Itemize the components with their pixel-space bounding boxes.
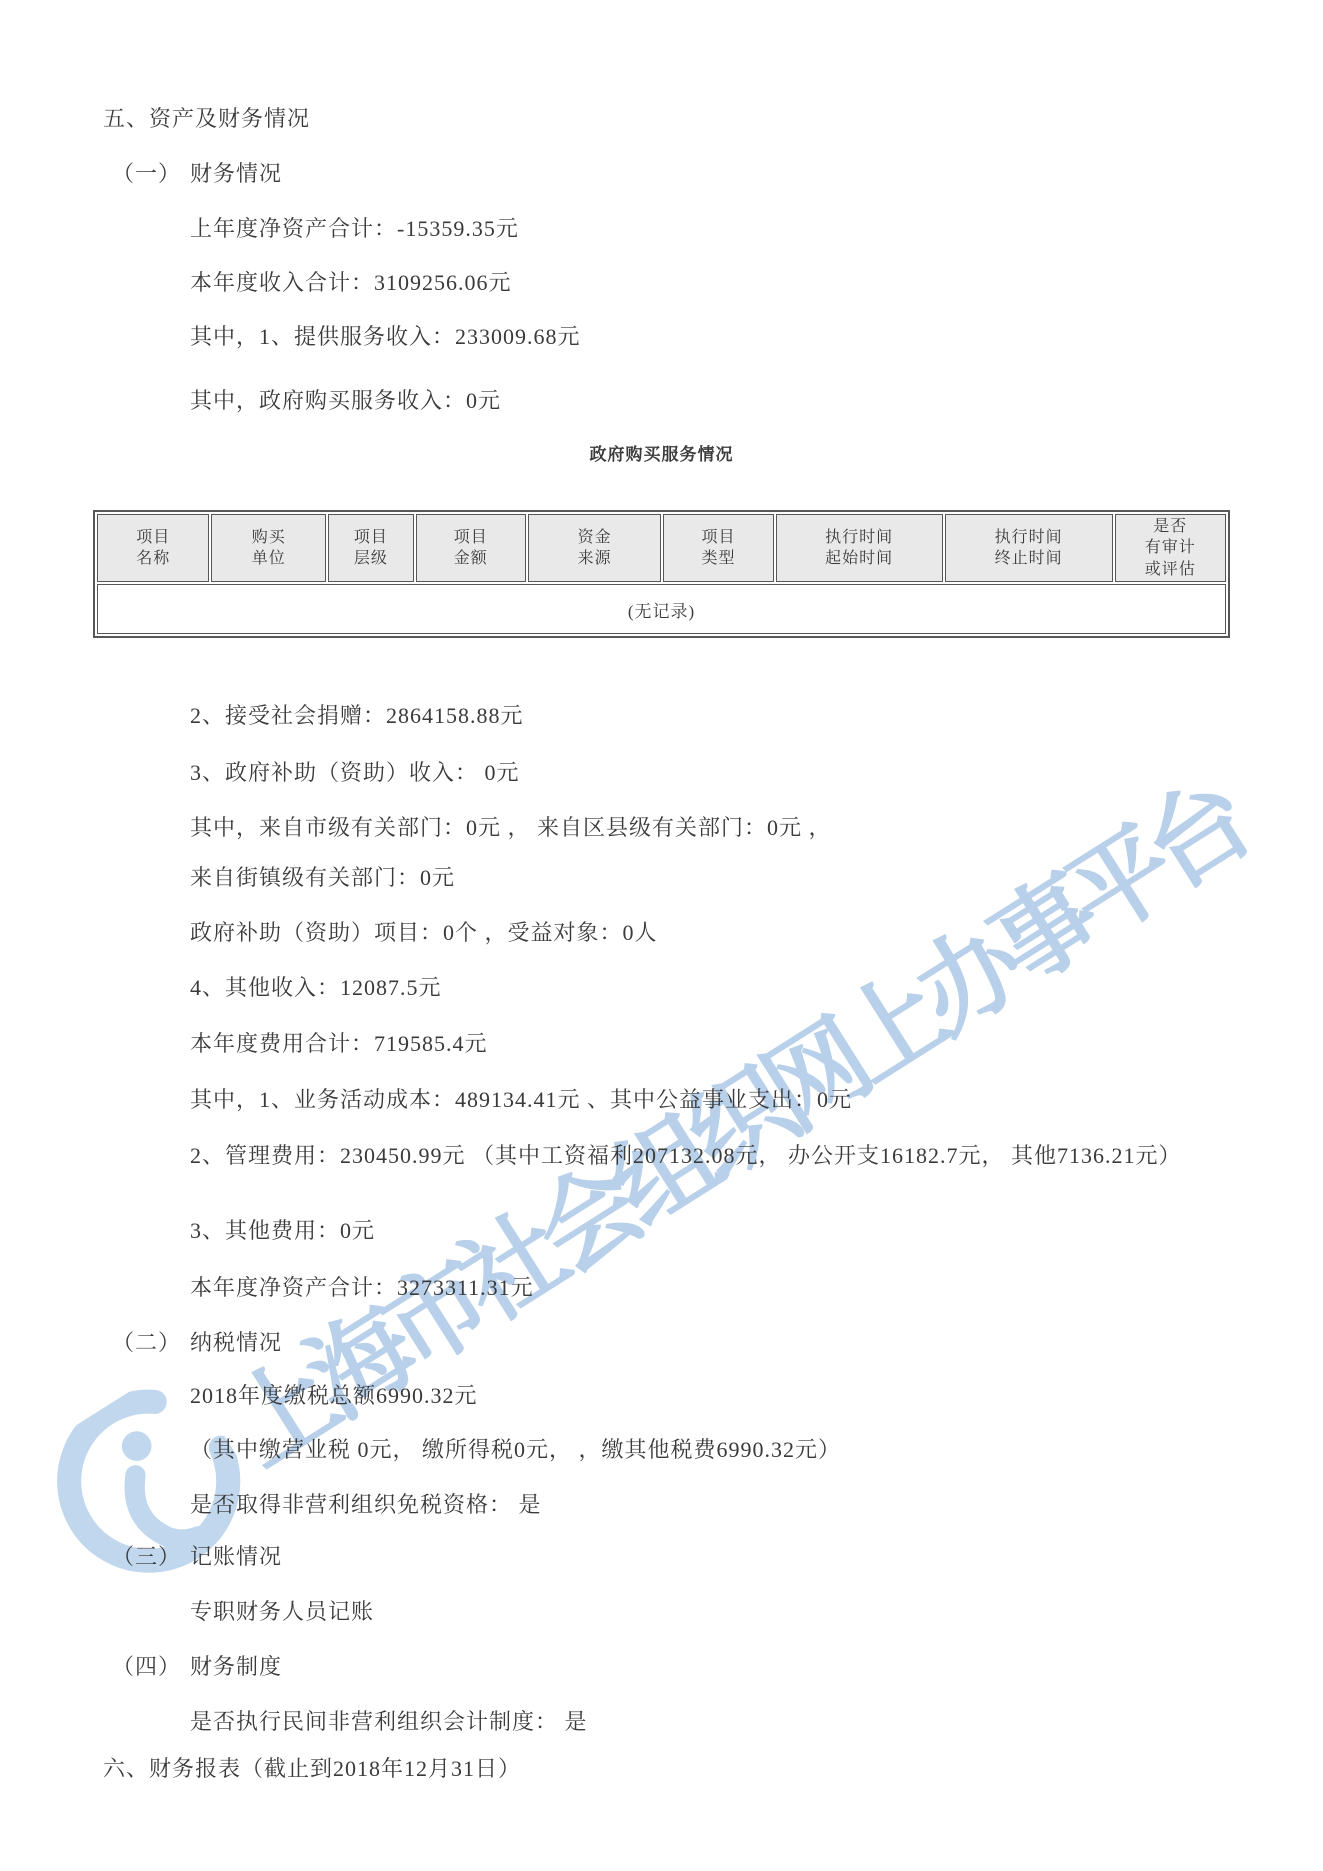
table-empty-row: (无记录)	[97, 584, 1226, 634]
gov-purchase-service-table: 项目 名称 购买 单位 项目 层级 项目 金额 资金 来源 项目 类型 执行时间…	[93, 510, 1230, 638]
col-project-level: 项目 层级	[328, 514, 414, 582]
col-project-amount: 项目 金额	[416, 514, 526, 582]
service-income: 其中，1、提供服务收入：233009.68元	[190, 321, 581, 353]
section-5-heading: 五、资产及财务情况	[103, 103, 310, 135]
business-activity-cost: 其中，1、业务活动成本：489134.41元 、其中公益事业支出：0元	[190, 1084, 852, 1116]
subsection-finance-system-title: 财务制度	[190, 1651, 282, 1683]
tax-total-2018: 2018年度缴税总额6990.32元	[190, 1380, 478, 1412]
subsection-finance-label: （一）	[112, 158, 190, 190]
tax-exempt-status: 是否取得非营利组织免税资格： 是	[190, 1489, 542, 1521]
social-donation: 2、接受社会捐赠：2864158.88元	[190, 700, 524, 732]
subsection-tax-label: （二）	[112, 1327, 190, 1359]
subsection-finance: （一） 财务情况	[112, 158, 282, 190]
prev-year-net-assets: 上年度净资产合计：-15359.35元	[190, 213, 519, 245]
no-records-cell: (无记录)	[97, 584, 1226, 634]
subsection-tax: （二） 纳税情况	[112, 1327, 282, 1359]
subsection-finance-system: （四） 财务制度	[112, 1651, 282, 1683]
section-6-heading: 六、财务报表（截止到2018年12月31日）	[103, 1753, 521, 1785]
current-year-income-total: 本年度收入合计：3109256.06元	[190, 267, 512, 299]
col-project-name: 项目 名称	[97, 514, 209, 582]
gov-subsidy-income: 3、政府补助（资助）收入： 0元	[190, 757, 520, 789]
document-content: 五、资产及财务情况 （一） 财务情况 上年度净资产合计：-15359.35元 本…	[0, 0, 1323, 1871]
management-expense: 2、管理费用：230450.99元 （其中工资福利207132.08元， 办公开…	[190, 1140, 1238, 1172]
subsidy-city-district: 其中，来自市级有关部门：0元 ， 来自区县级有关部门：0元 ，	[190, 812, 832, 844]
table-header-row: 项目 名称 购买 单位 项目 层级 项目 金额 资金 来源 项目 类型 执行时间…	[97, 514, 1226, 582]
subsection-bookkeeping: （三） 记账情况	[112, 1541, 282, 1573]
subsection-tax-title: 纳税情况	[190, 1327, 282, 1359]
subsection-bookkeeping-label: （三）	[112, 1541, 190, 1573]
col-purchasing-unit: 购买 单位	[211, 514, 326, 582]
col-project-type: 项目 类型	[663, 514, 773, 582]
annual-report-page: 上海市社会组织网上办事平台 五、资产及财务情况 （一） 财务情况 上年度净资产合…	[0, 0, 1323, 1871]
tax-breakdown: （其中缴营业税 0元， 缴所得税0元， ，缴其他税费6990.32元）	[190, 1434, 841, 1466]
other-income: 4、其他收入：12087.5元	[190, 972, 442, 1004]
col-audit-or-eval: 是否 有审计 或评估	[1115, 514, 1226, 582]
col-exec-end-time: 执行时间 终止时间	[945, 514, 1113, 582]
current-year-net-assets: 本年度净资产合计：3273311.31元	[190, 1272, 534, 1304]
bookkeeping-method: 专职财务人员记账	[190, 1596, 374, 1628]
subsection-finance-title: 财务情况	[190, 158, 282, 190]
subsection-bookkeeping-title: 记账情况	[190, 1541, 282, 1573]
gov-purchase-service-income: 其中，政府购买服务收入：0元	[190, 385, 501, 417]
subsection-finance-system-label: （四）	[112, 1651, 190, 1683]
subsidy-projects-beneficiaries: 政府补助（资助）项目：0个 ，受益对象：0人	[190, 917, 658, 949]
col-exec-start-time: 执行时间 起始时间	[776, 514, 943, 582]
col-fund-source: 资金 来源	[528, 514, 662, 582]
subsidy-street-level: 来自街镇级有关部门：0元	[190, 862, 455, 894]
other-expense: 3、其他费用：0元	[190, 1215, 375, 1247]
gov-purchase-table-title: 政府购买服务情况	[93, 440, 1230, 465]
current-year-expense-total: 本年度费用合计：719585.4元	[190, 1028, 488, 1060]
accounting-system-compliance: 是否执行民间非营利组织会计制度： 是	[190, 1706, 588, 1738]
